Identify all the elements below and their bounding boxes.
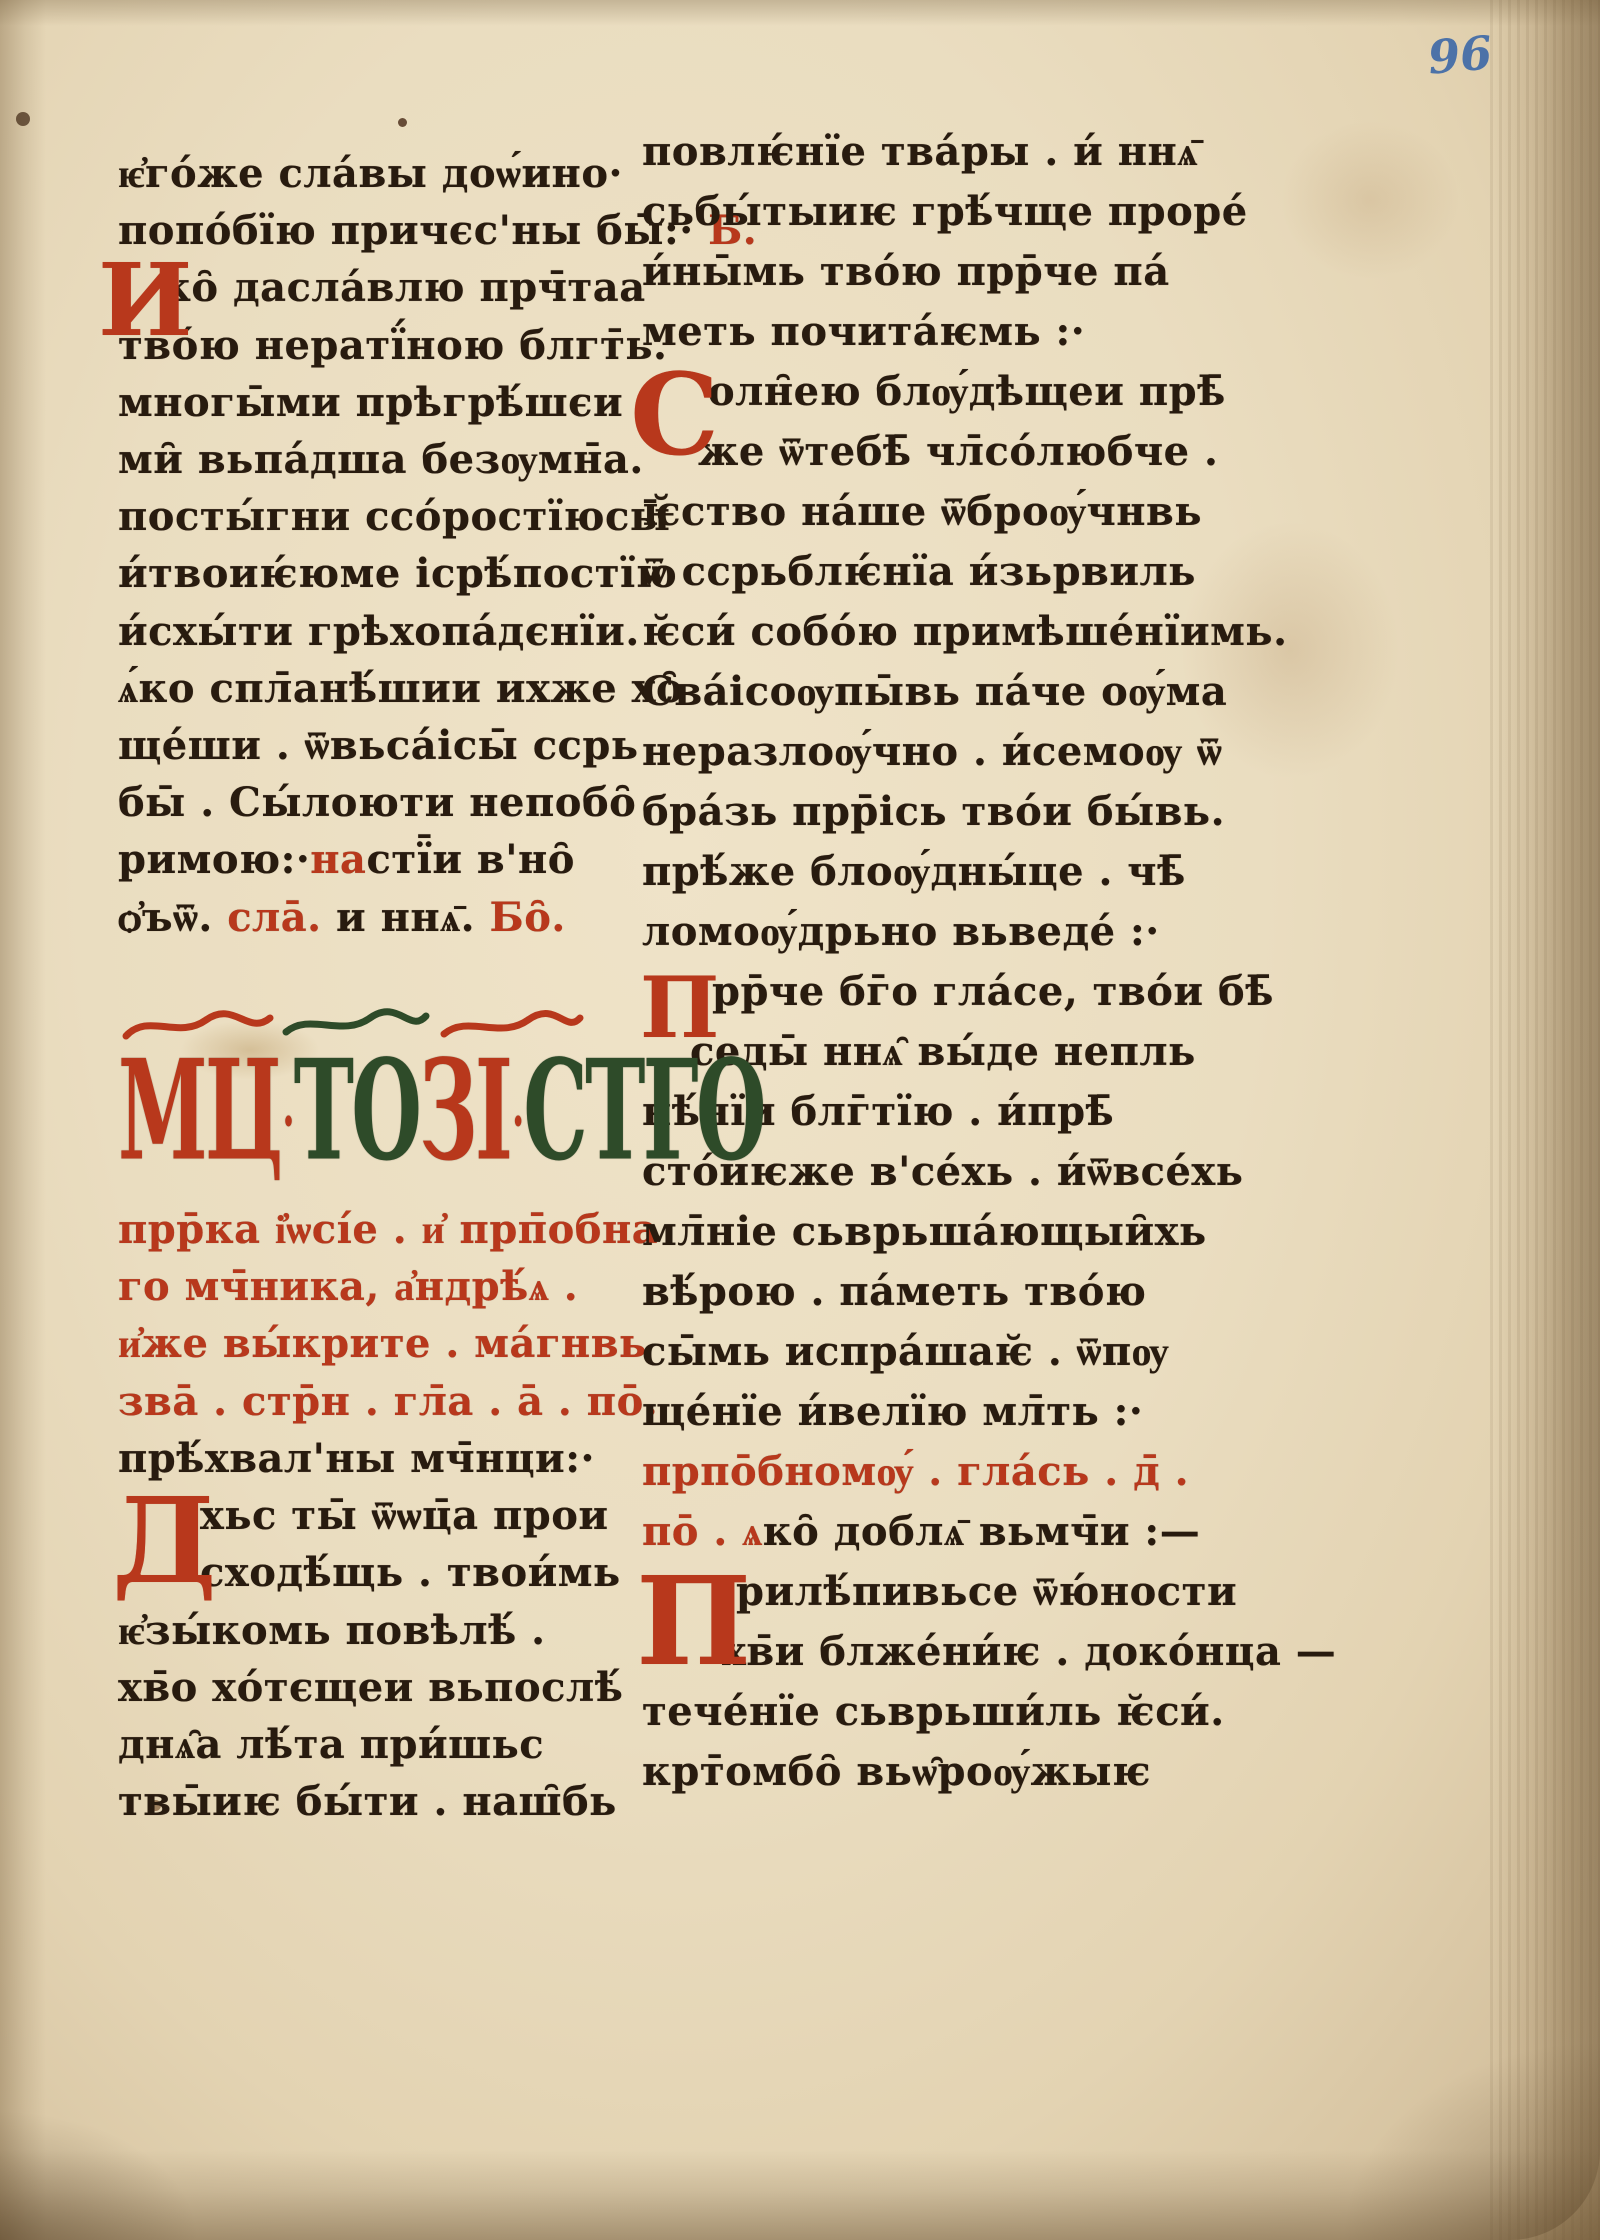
body-text: сы̄мь испра́шаѥ̆ . ѿпѹ	[642, 1328, 1169, 1375]
body-text: же ѿтебѣ̄ чл̄со́любче .	[698, 428, 1218, 475]
text-line: рр̄че бг̄о гла́се, тво́и бѣ̄	[642, 968, 1274, 1028]
text-line: вѣ́рою . па́меть тво́ю	[642, 1268, 1146, 1328]
text-line: ломоѹ́дрьно вьведе́ :·	[642, 908, 1160, 968]
headpiece-letter-group: МЦ	[118, 1030, 281, 1192]
headpiece-letter-group: ТО	[294, 1030, 419, 1192]
body-text: и́схы́ти грѣхопа́дєнїи.	[118, 608, 640, 655]
text-line: хв̄о хо́тєщеи вьпослѣ́	[118, 1664, 623, 1721]
rubric-text: зва̄ . стр̄н . гл̄а . а̄ . по̄.	[118, 1378, 658, 1425]
text-line: зва̄ . стр̄н . гл̄а . а̄ . по̄.	[118, 1378, 658, 1435]
text-line: и́твоиѥ́юме ісрѣ́постїю	[118, 550, 677, 607]
rubric-text: по̄ . ѧ	[642, 1508, 763, 1555]
rubric-text: прпо̄бномѹ́ . гла́сь . д̄ .	[642, 1448, 1189, 1495]
body-text: стї̄и в'но̑	[366, 836, 574, 883]
page-edge-top	[0, 0, 1600, 26]
binding-shadow-left	[0, 0, 46, 2240]
drop-cap-initial: Д	[112, 1482, 217, 1600]
body-text: днѧ̑а лѣ́та при́шьс	[118, 1721, 544, 1768]
drop-cap-initial: С	[630, 360, 719, 472]
body-text: римою:·	[118, 836, 310, 883]
text-line: сы̄мь испра́шаѥ̆ . ѿпѹ	[642, 1328, 1169, 1388]
body-text: ми̑ вьпа́дша безѹмн̄а.	[118, 436, 644, 483]
text-line: повлѥ́нїе тва́ры . и́ ннѧ̄	[642, 128, 1198, 188]
text-line: прпо̄бномѹ́ . гла́сь . д̄ .	[642, 1448, 1189, 1508]
body-text: сходѣ́щь . твои́мь	[200, 1549, 621, 1596]
text-line: же ѿтебѣ̄ чл̄со́любче .	[642, 428, 1218, 488]
page-edges-right	[1490, 0, 1600, 2240]
body-text: прѣ́же блоѹ́дны́це . чѣ̄	[642, 848, 1186, 895]
headpiece-letters: МЦ·ТОЗІ·СТГО	[118, 1046, 540, 1177]
text-line: ѧ́ко спл̄анѣ́шии ихже хо̑	[118, 665, 683, 722]
text-line: ѥ҆го́же сла́вы доѡ́ино·	[118, 150, 623, 207]
text-line: ѻ҆ъѿ. сла̄. и ннѧ̄. Бо̑.	[118, 894, 566, 951]
text-line: тече́нїе сьврьши́ль ѥ̆си́.	[642, 1688, 1225, 1748]
manuscript-photo: { "palette": { "k": "#281b0f", "r": "#b8…	[0, 0, 1600, 2240]
rubric-text: и҆же вы́крите . ма́гнвь	[118, 1320, 647, 1367]
text-line: ми̑ вьпа́дша безѹмн̄а.	[118, 436, 644, 493]
rubric-text: сла̄.	[227, 894, 321, 941]
body-text: ѿ ссрьблѥ́нїа и́зьрвиль	[642, 548, 1196, 595]
text-line: твы̄иѥ бы́ти . наш̑бь	[118, 1778, 617, 1835]
text-line: тво́ю нератї́ною блгт̄ь.	[118, 322, 667, 379]
text-line: днѧ̑а лѣ́та при́шьс	[118, 1721, 544, 1778]
text-line: посты́гни ссо́ростїюсы̄	[118, 493, 670, 550]
drop-cap-initial: И	[98, 250, 192, 350]
body-text: седы̄ ннѧ̑ вы́де непль	[690, 1028, 1196, 1075]
body-text: и́твоиѥ́юме ісрѣ́постїю	[118, 550, 677, 597]
body-text: ѥ҆го́же сла́вы доѡ́ино·	[118, 150, 623, 197]
body-text: мл̄ніе сьврьша́ющыи̑хь	[642, 1208, 1207, 1255]
body-text: хьс ты̄ ѿѡц̄а прои	[200, 1492, 609, 1539]
text-line: ще́ши . ѿвьса́ісы̄ ссрь	[118, 722, 639, 779]
page-corner-bottom-right	[1340, 2040, 1600, 2240]
body-text: ѥ̆си́ собо́ю примѣше́нїимь.	[642, 608, 1288, 655]
body-text: посты́гни ссо́ростїюсы̄	[118, 493, 670, 540]
body-text: рр̄че бг̄о гла́се, тво́и бѣ̄	[712, 968, 1274, 1015]
body-text: ѥ̆ство на́ше ѿброѹ́чнвь	[642, 488, 1202, 535]
body-text: ще́нїе и́велїю мл̄ть :·	[642, 1388, 1143, 1435]
text-line: многы̄ми прѣгрѣ́шєи	[118, 379, 623, 436]
headpiece-letter-group: СТГО	[523, 1030, 764, 1192]
text-line: ѥ҆зы́комь повѣлѣ́ .	[118, 1607, 546, 1664]
body-text: олн̑ею блѹ́дѣщеи прѣ̄	[708, 368, 1226, 415]
text-line: прѣ́же блоѹ́дны́це . чѣ̄	[642, 848, 1186, 908]
rubric-text: на	[310, 836, 366, 883]
text-line: ко̑ дасла́влю прч̄таа	[118, 264, 646, 321]
text-line: прр̄ка і҆ѡсі́е . и҆ прп̄обна	[118, 1206, 658, 1263]
rubric-text: прр̄ка і҆ѡсі́е . и҆ прп̄обна	[118, 1206, 658, 1253]
body-text: бы̄ . Сы́лоюти непобо̑	[118, 779, 636, 826]
text-line: ще́нїе и́велїю мл̄ть :·	[642, 1388, 1143, 1448]
body-text: меть почита́ѥмь :·	[642, 308, 1085, 355]
body-text: хв̄и блже́ни́ѥ . доко́нца —	[722, 1628, 1336, 1675]
body-text: повлѥ́нїе тва́ры . и́ ннѧ̄	[642, 128, 1198, 175]
text-line: го мч̄ника, а҆ндрѣ́ѧ .	[118, 1263, 578, 1320]
text-line: и҆же вы́крите . ма́гнвь	[118, 1320, 647, 1377]
body-text: сьбы́тыиѥ грѣ́чще проре́	[642, 188, 1248, 235]
body-text: вѣ́рою . па́меть тво́ю	[642, 1268, 1146, 1315]
text-line: ѿ ссрьблѥ́нїа и́зьрвиль	[642, 548, 1196, 608]
body-text: ще́ши . ѿвьса́ісы̄ ссрь	[118, 722, 639, 769]
body-text: хв̄о хо́тєщеи вьпослѣ́	[118, 1664, 623, 1711]
body-text: и ннѧ̄.	[322, 894, 490, 941]
text-line: бы̄ . Сы́лоюти непобо̑	[118, 779, 636, 836]
rubric-text: го мч̄ника, а҆ндрѣ́ѧ .	[118, 1263, 578, 1310]
headpiece-title: МЦ·ТОЗІ·СТГО	[118, 1006, 598, 1133]
parchment-stain	[1280, 120, 1460, 280]
headpiece-letter-group: ·	[281, 1087, 294, 1158]
body-text: ломоѹ́дрьно вьведе́ :·	[642, 908, 1160, 955]
headpiece-letter-group: ·	[510, 1087, 523, 1158]
body-text: ѧ́ко спл̄анѣ́шии ихже хо̑	[118, 665, 683, 712]
body-text: крт̄омбо̑ вьѡ̑роѹ́жыѥ	[642, 1748, 1151, 1795]
body-text: тече́нїе сьврьши́ль ѥ̆си́.	[642, 1688, 1225, 1735]
body-text: твы̄иѥ бы́ти . наш̑бь	[118, 1778, 617, 1825]
text-line: неразлоѹ́чно . и́семоѹ ѿ	[642, 728, 1222, 788]
drop-cap-initial: П	[636, 1560, 751, 1682]
text-line: и́ны̄мь тво́ю прр̄че па́	[642, 248, 1170, 308]
body-text: и́ны̄мь тво́ю прр̄че па́	[642, 248, 1170, 295]
body-text: тво́ю нератї́ною блгт̄ь.	[118, 322, 667, 369]
body-text: ко̑ доблѧ̄ вьмч̄и :—	[763, 1508, 1200, 1555]
rubric-text: Бо̑.	[490, 894, 566, 941]
folio-number: 96	[1426, 25, 1494, 84]
body-text: попо́бїю причєс'ны бы̄:·	[118, 207, 694, 254]
text-line: крт̄омбо̑ вьѡ̑роѹ́жыѥ	[642, 1748, 1151, 1808]
body-text: ѻ҆ъѿ.	[118, 894, 227, 941]
body-text: Сва́ісоѹпы̄вь па́че оѹ́ма	[642, 668, 1227, 715]
ink-speck	[398, 118, 407, 127]
body-text: бра́зь прр̄ісь тво́и бы́вь.	[642, 788, 1225, 835]
parchment-page: 96 ѥ҆го́же сла́вы доѡ́ино·попо́бїю причє…	[0, 0, 1600, 2240]
body-text: многы̄ми прѣгрѣ́шєи	[118, 379, 623, 426]
text-line: олн̑ею блѹ́дѣщеи прѣ̄	[642, 368, 1226, 428]
text-line: мл̄ніе сьврьша́ющыи̑хь	[642, 1208, 1207, 1268]
page-corner-bottom-left	[0, 2110, 200, 2240]
text-line: Сва́ісоѹпы̄вь па́че оѹ́ма	[642, 668, 1227, 728]
text-line: бра́зь прр̄ісь тво́и бы́вь.	[642, 788, 1225, 848]
body-text: неразлоѹ́чно . и́семоѹ ѿ	[642, 728, 1222, 775]
body-text: рилѣ́пивьсе ѿю́ности	[736, 1568, 1237, 1615]
headpiece-letter-group: ЗІ	[419, 1030, 510, 1192]
text-line: римою:·настї̄и в'но̑	[118, 836, 575, 893]
text-line: ѥ̆ство на́ше ѿброѹ́чнвь	[642, 488, 1202, 548]
text-line: и́схы́ти грѣхопа́дєнїи.	[118, 608, 640, 665]
body-text: ко̑ дасла́влю прч̄таа	[162, 264, 646, 311]
body-text: ѥ҆зы́комь повѣлѣ́ .	[118, 1607, 546, 1654]
text-line: ѥ̆си́ собо́ю примѣше́нїимь.	[642, 608, 1288, 668]
text-line: сьбы́тыиѥ грѣ́чще проре́	[642, 188, 1248, 248]
